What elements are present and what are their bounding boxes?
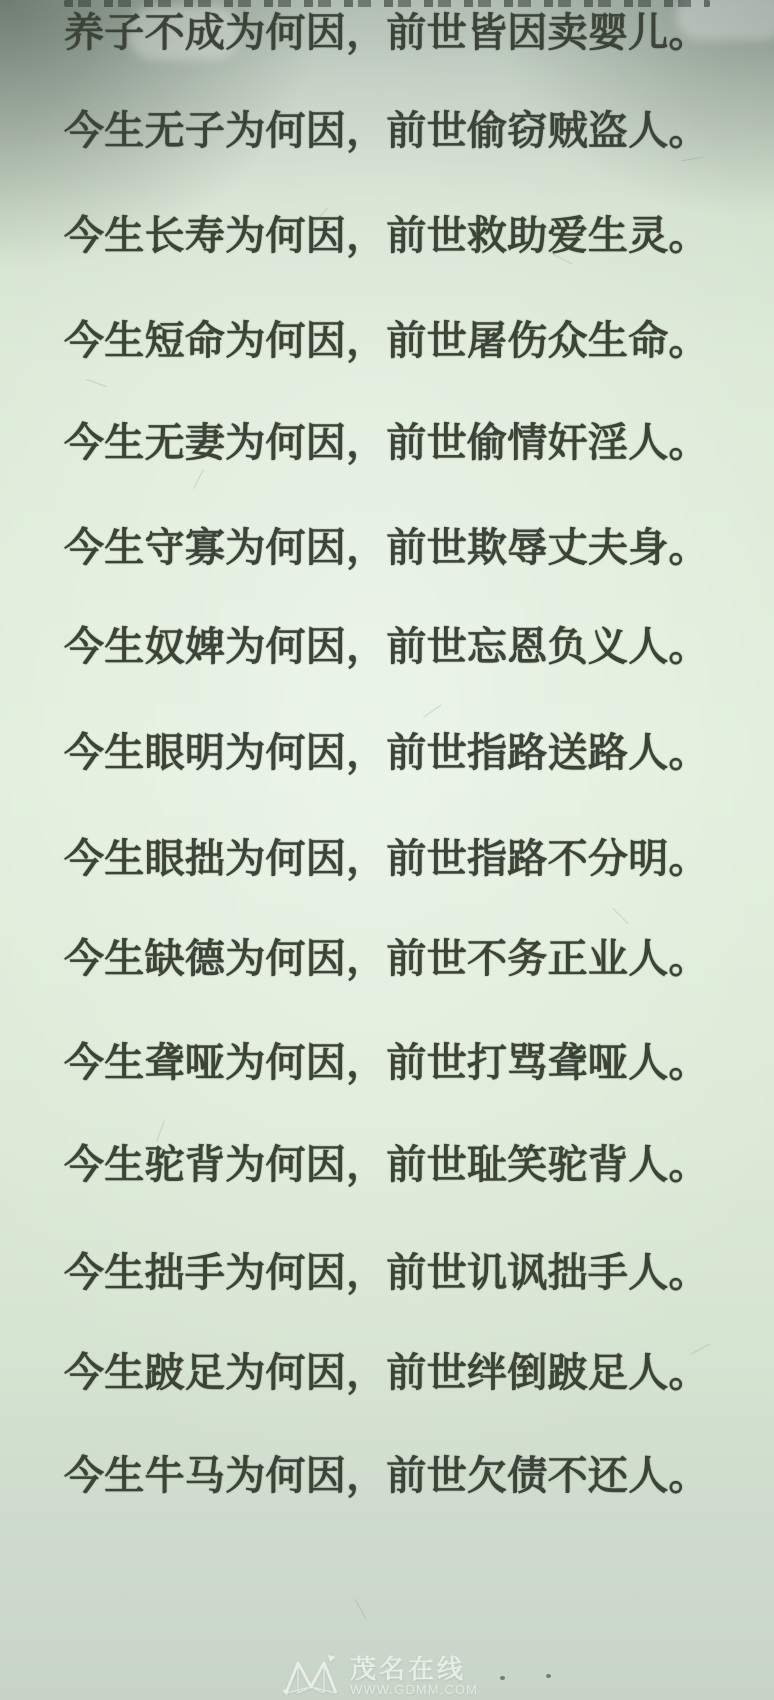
watermark-text-block: 茂名在线 WWW.GDMM.COM: [350, 1656, 478, 1697]
karma-verse-document-page: 养子不成为何因，前世皆因卖婴儿。 今生无子为何因，前世偷窃贼盗人。 今生长寿为何…: [0, 0, 774, 1700]
verse-line: 今生缺德为何因，前世不务正业人。: [64, 938, 724, 980]
gdmm-triangle-m-logo-icon: [282, 1655, 340, 1697]
cut-off-previous-verse-line: [64, 0, 710, 7]
verse-line: 今生跛足为何因，前世绊倒跛足人。: [64, 1352, 724, 1394]
verse-line: 今生拙手为何因，前世讥讽拙手人。: [64, 1252, 724, 1294]
paper-fiber: [193, 469, 204, 489]
verse-line: 今生驼背为何因，前世耻笑驼背人。: [64, 1144, 724, 1186]
verse-line: 今生守寡为何因，前世欺辱丈夫身。: [64, 527, 724, 569]
verse-line: 今生无妻为何因，前世偷情奸淫人。: [64, 422, 724, 464]
verse-line: 今生短命为何因，前世屠伤众生命。: [64, 320, 724, 362]
watermark-site-name: 茂名在线: [350, 1656, 466, 1682]
site-watermark: 茂名在线 WWW.GDMM.COM: [282, 1655, 478, 1697]
verse-line: 今生无子为何因，前世偷窃贼盗人。: [64, 110, 724, 152]
paper-fiber: [682, 157, 704, 162]
paper-fiber: [86, 379, 107, 387]
verse-line: 今生眼明为何因，前世指路送路人。: [64, 732, 724, 774]
verse-line: 今生眼拙为何因，前世指路不分明。: [64, 838, 724, 880]
paper-fiber: [355, 1599, 367, 1619]
paper-speck: [500, 1676, 505, 1680]
verse-line: 今生聋哑为何因，前世打骂聋哑人。: [64, 1042, 724, 1084]
paper-fiber: [156, 1120, 164, 1141]
paper-speck: [546, 1674, 551, 1678]
verse-line: 今生奴婢为何因，前世忘恩负义人。: [64, 626, 724, 668]
watermark-site-url: WWW.GDMM.COM: [350, 1683, 478, 1697]
verse-line: 今生牛马为何因，前世欠债不还人。: [64, 1455, 724, 1497]
verse-line: 今生长寿为何因，前世救助爱生灵。: [64, 215, 724, 257]
paper-fiber: [612, 908, 628, 924]
paper-fiber: [423, 704, 442, 717]
verse-line: 养子不成为何因，前世皆因卖婴儿。: [64, 12, 724, 54]
